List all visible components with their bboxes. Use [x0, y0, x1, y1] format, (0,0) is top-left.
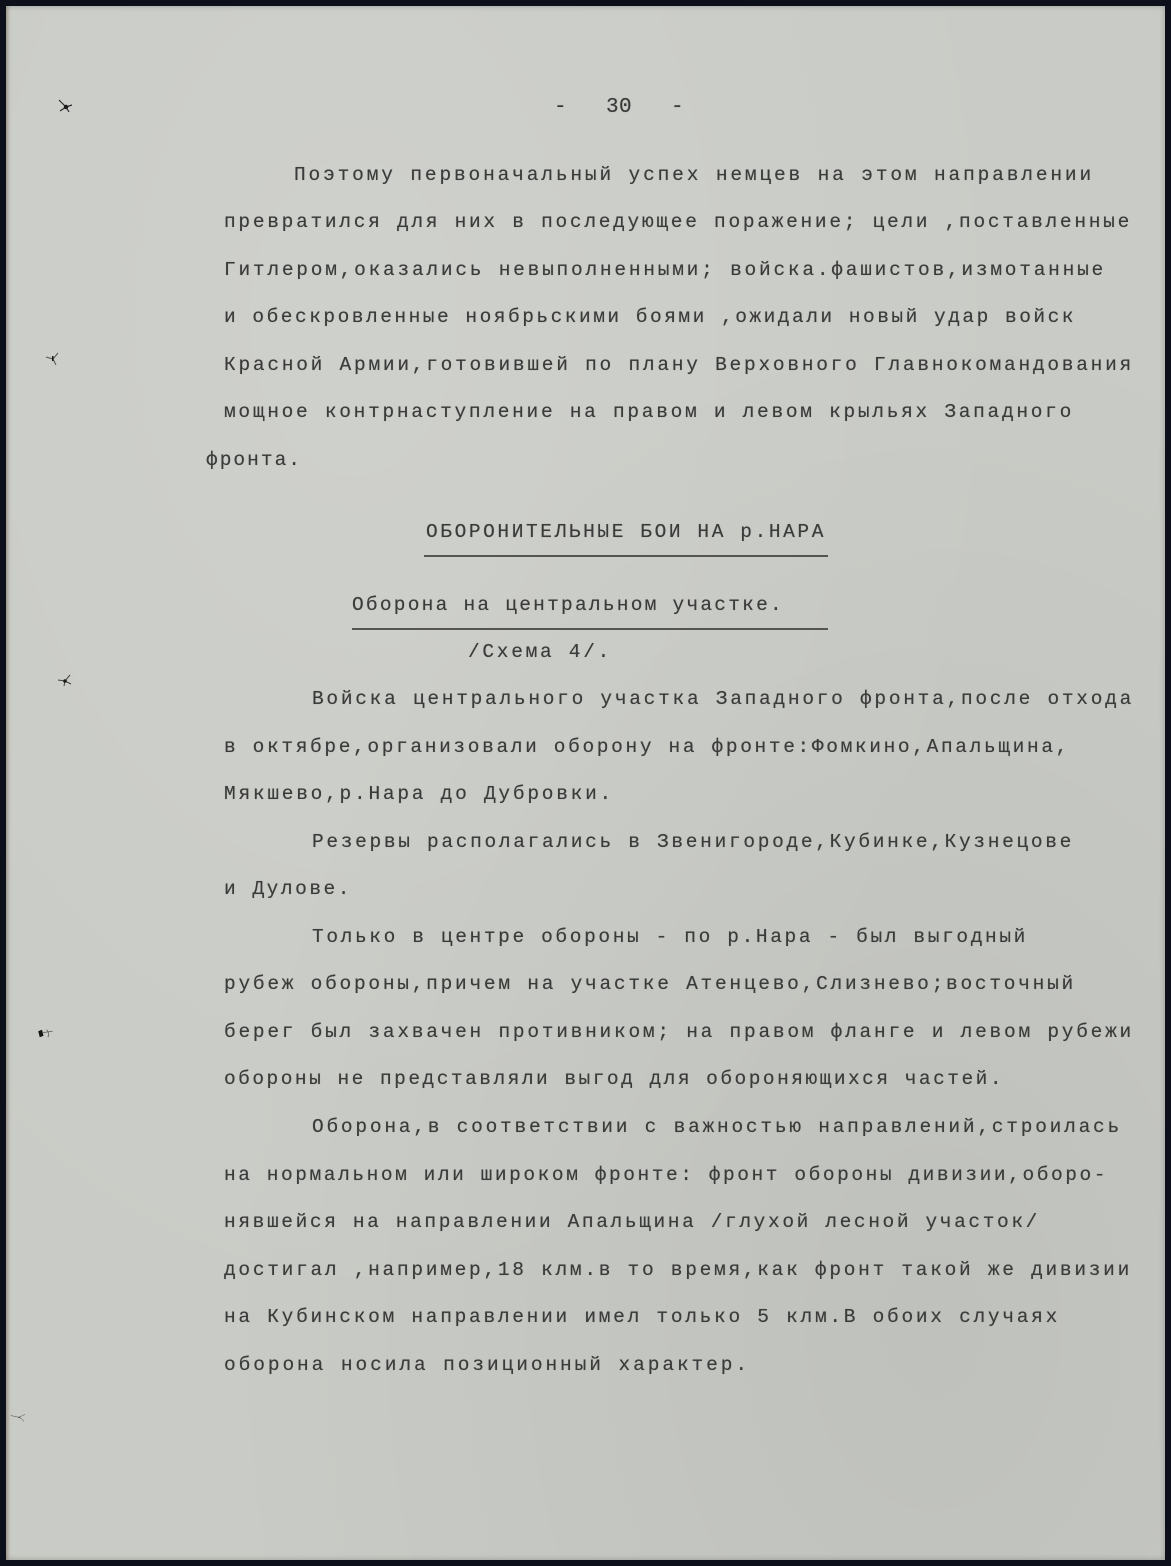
paragraph-4-line: рубеж обороны,причем на участке Атенцево… [224, 973, 1076, 995]
subsection-heading: Оборона на центральном участке. [352, 594, 784, 616]
paragraph-3-line: и Дулове. [224, 878, 352, 900]
paragraph-1-line: Красной Армии,готовившей по плану Верхов… [224, 354, 1134, 376]
paragraph-5-line: оборона носила позиционный характер. [224, 1354, 750, 1376]
paragraph-2-line: Мякшево,р.Нара до Дубровки. [224, 783, 614, 805]
binding-hole-icon [36, 1026, 54, 1044]
paragraph-5-line: на нормальном или широком фронте: фронт … [224, 1164, 1108, 1186]
paragraph-5-line: на Кубинском направлении имел только 5 к… [224, 1306, 1060, 1328]
binding-hole-icon [10, 1408, 28, 1426]
binding-hole-icon [56, 98, 74, 116]
paragraph-3-line: Резервы располагались в Звенигороде,Куби… [312, 831, 1074, 853]
section-heading-underline [424, 555, 828, 557]
paragraph-5-line: достигал ,например,18 клм.в то время,как… [224, 1259, 1132, 1281]
subsection-heading-underline [352, 628, 828, 630]
paragraph-1-line: Гитлером,оказались невыполненными; войск… [224, 259, 1106, 281]
paragraph-1-line: фронта. [206, 449, 302, 471]
binding-hole-icon [56, 670, 74, 688]
paragraph-1-line: мощное контрнаступление на правом и лево… [224, 401, 1074, 423]
document-page: - 30 - Поэтому первоначальный успех немц… [6, 6, 1165, 1560]
paragraph-4-line: обороны не представляли выгод для оборон… [224, 1068, 1004, 1090]
paragraph-5-line: Оборона,в соответствии с важностью напра… [312, 1116, 1122, 1138]
paragraph-2-line: Войска центрального участка Западного фр… [312, 688, 1134, 710]
paragraph-1-line: Поэтому первоначальный успех немцев на э… [294, 164, 1094, 186]
page-number: - 30 - [554, 96, 684, 119]
paragraph-4-line: Только в центре обороны - по р.Нара - бы… [312, 926, 1028, 948]
paragraph-1-line: превратился для них в последующее пораже… [224, 211, 1132, 233]
scheme-reference: /Схема 4/. [468, 641, 612, 663]
section-heading: ОБОРОНИТЕЛЬНЫЕ БОИ НА р.НАРА [426, 521, 826, 543]
paragraph-1-line: и обескровленные ноябрьскими боями ,ожид… [224, 306, 1076, 328]
paragraph-2-line: в октябре,организовали оборону на фронте… [224, 736, 1070, 758]
paragraph-5-line: нявшейся на направлении Апальщина /глухо… [224, 1211, 1040, 1233]
paragraph-4-line: берег был захвачен противником; на право… [224, 1021, 1134, 1043]
binding-hole-icon [44, 350, 62, 368]
